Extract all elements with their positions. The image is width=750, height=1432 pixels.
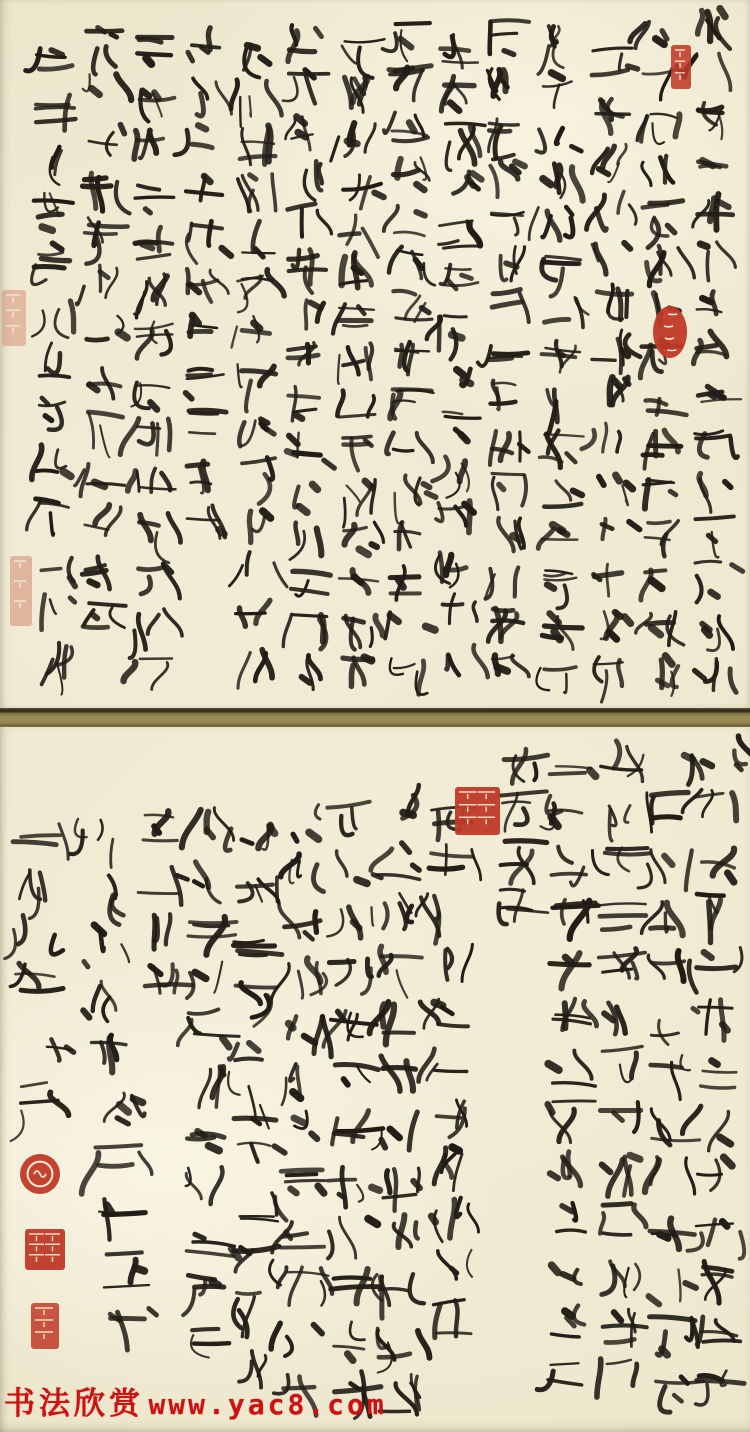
calligraphy-column: [323, 802, 383, 1419]
calligraphy-column: [229, 43, 287, 689]
calligraphy-column: [177, 806, 241, 1358]
calligraphy-column: [681, 735, 750, 1407]
watermark-site-url: www.yac8.com: [148, 1388, 386, 1421]
calligraphy-column: [528, 26, 589, 693]
calligraphy-column: [681, 9, 743, 694]
calligraphy-column: [25, 48, 76, 694]
seal-round-signature: [20, 1154, 60, 1194]
bottom-panel-ink: [5, 735, 750, 1419]
calligraphy-column: [383, 23, 438, 697]
calligraphy-column: [498, 748, 548, 924]
calligraphy-column: [10, 1039, 73, 1141]
seal-left-edge-upper: [2, 290, 26, 346]
calligraphy-column: [70, 819, 158, 1351]
calligraphy-column: [120, 37, 183, 690]
ink-layer: [0, 0, 750, 1432]
calligraphy-artwork: 书法欣赏 www.yac8.com: [0, 0, 750, 1432]
seal-left-edge-lower: [10, 556, 32, 626]
calligraphy-column: [282, 25, 334, 690]
calligraphy-column: [597, 740, 650, 1397]
calligraphy-column: [174, 28, 232, 540]
seal-bottom-panel-top: [455, 787, 500, 835]
calligraphy-column: [271, 804, 332, 1417]
calligraphy-column: [537, 765, 609, 1392]
calligraphy-column: [5, 822, 70, 992]
calligraphy-column: [330, 38, 385, 687]
seal-small-signature: [31, 1303, 59, 1349]
seal-oval-mid-right: [653, 306, 687, 358]
top-panel-ink: [25, 9, 743, 703]
seal-square-signature: [25, 1229, 65, 1270]
calligraphy-column: [478, 19, 531, 676]
seal-top-right: [671, 45, 691, 89]
watermark: 书法欣赏 www.yac8.com: [4, 1378, 387, 1423]
calligraphy-column: [75, 26, 132, 628]
calligraphy-column: [582, 47, 642, 703]
calligraphy-column: [415, 806, 482, 1337]
calligraphy-column: [427, 34, 488, 677]
watermark-site-name: 书法欣赏: [4, 1386, 144, 1421]
